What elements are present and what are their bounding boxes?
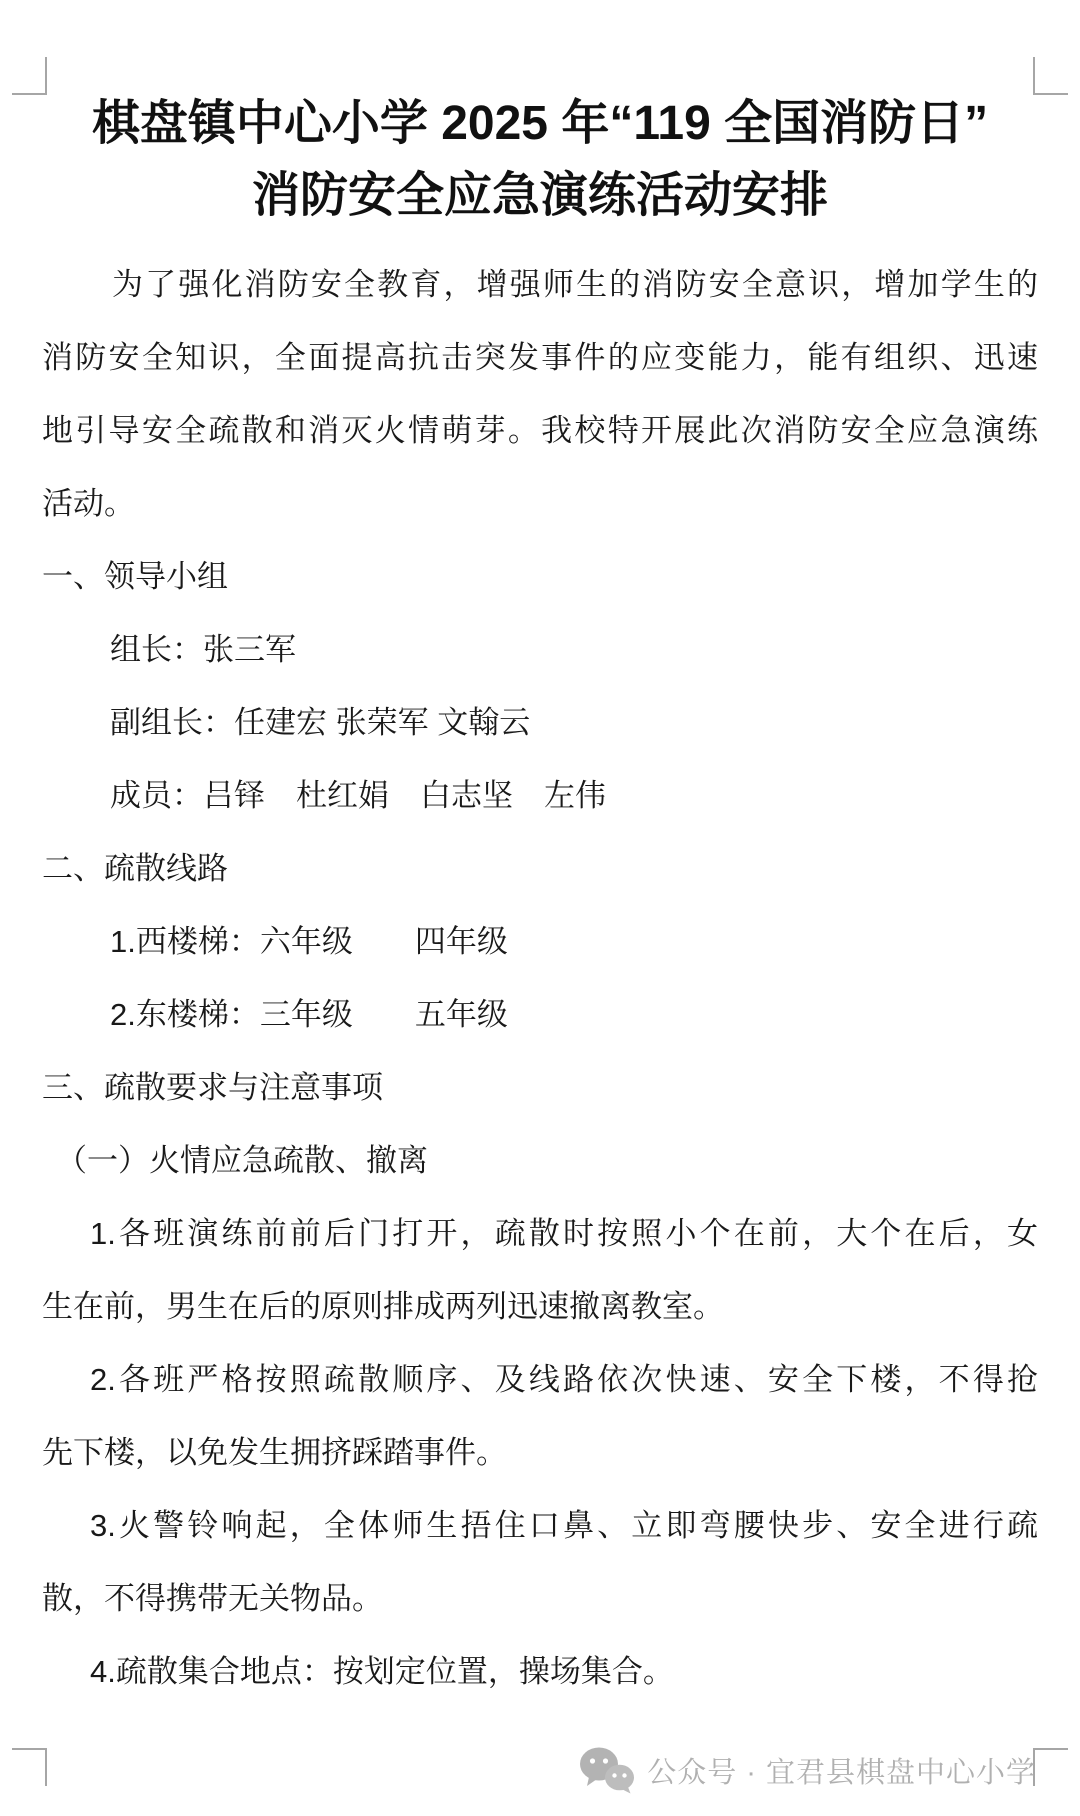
requirement-2-line-1: 2.各班严格按照疏散顺序、及线路依次快速、安全下楼，不得抢: [42, 1343, 1038, 1416]
document-title-line-2: 消防安全应急演练活动安排: [42, 160, 1038, 232]
requirement-1-line-2: 生在前，男生在后的原则排成两列迅速撤离教室。: [42, 1270, 1038, 1343]
requirement-3-line-2: 散，不得携带无关物品。: [42, 1562, 1038, 1635]
section-2-heading: 二、疏散线路: [42, 832, 1038, 905]
intro-line-3: 地引导安全疏散和消灭火情萌芽。我校特开展此次消防安全应急演练: [42, 394, 1038, 467]
intro-line-4: 活动。: [42, 467, 1038, 540]
route-west-stairs-line: 1.西楼梯：六年级 四年级: [42, 905, 1038, 978]
section-3-subheading: （一）火情应急疏散、撤离: [42, 1124, 1038, 1197]
document-title-line-1: 棋盘镇中心小学 2025 年“119 全国消防日”: [42, 88, 1038, 160]
document-content: 棋盘镇中心小学 2025 年“119 全国消防日” 消防安全应急演练活动安排 为…: [42, 88, 1038, 1708]
footer-source-label: 公众号 · 宜君县棋盘中心小学: [647, 1750, 1036, 1791]
page-corner-mark-bottom-right: [1033, 1748, 1068, 1786]
requirement-4-line: 4.疏散集合地点：按划定位置，操场集合。: [42, 1635, 1038, 1708]
leader-line: 组长：张三军: [42, 613, 1038, 686]
section-1-heading: 一、领导小组: [42, 540, 1038, 613]
members-line: 成员：吕铎 杜红娟 白志坚 左伟: [42, 759, 1038, 832]
intro-line-1: 为了强化消防安全教育，增强师生的消防安全意识，增加学生的: [42, 248, 1038, 321]
requirement-2-line-2: 先下楼，以免发生拥挤踩踏事件。: [42, 1416, 1038, 1489]
page-corner-mark-top-right: [1033, 57, 1068, 95]
title-body-spacer: [42, 232, 1038, 248]
deputy-leader-line: 副组长：任建宏 张荣军 文翰云: [42, 686, 1038, 759]
section-3-heading: 三、疏散要求与注意事项: [42, 1051, 1038, 1124]
route-east-stairs-line: 2.东楼梯：三年级 五年级: [42, 978, 1038, 1051]
watermark-footer: 公众号 · 宜君县棋盘中心小学: [579, 1746, 1036, 1794]
intro-line-2: 消防安全知识，全面提高抗击突发事件的应变能力，能有组织、迅速: [42, 321, 1038, 394]
page-corner-mark-bottom-left: [12, 1748, 47, 1786]
requirement-1-line-1: 1.各班演练前前后门打开，疏散时按照小个在前，大个在后，女: [42, 1197, 1038, 1270]
requirement-3-line-1: 3.火警铃响起，全体师生捂住口鼻、立即弯腰快步、安全进行疏: [42, 1489, 1038, 1562]
wechat-icon: [579, 1746, 635, 1794]
